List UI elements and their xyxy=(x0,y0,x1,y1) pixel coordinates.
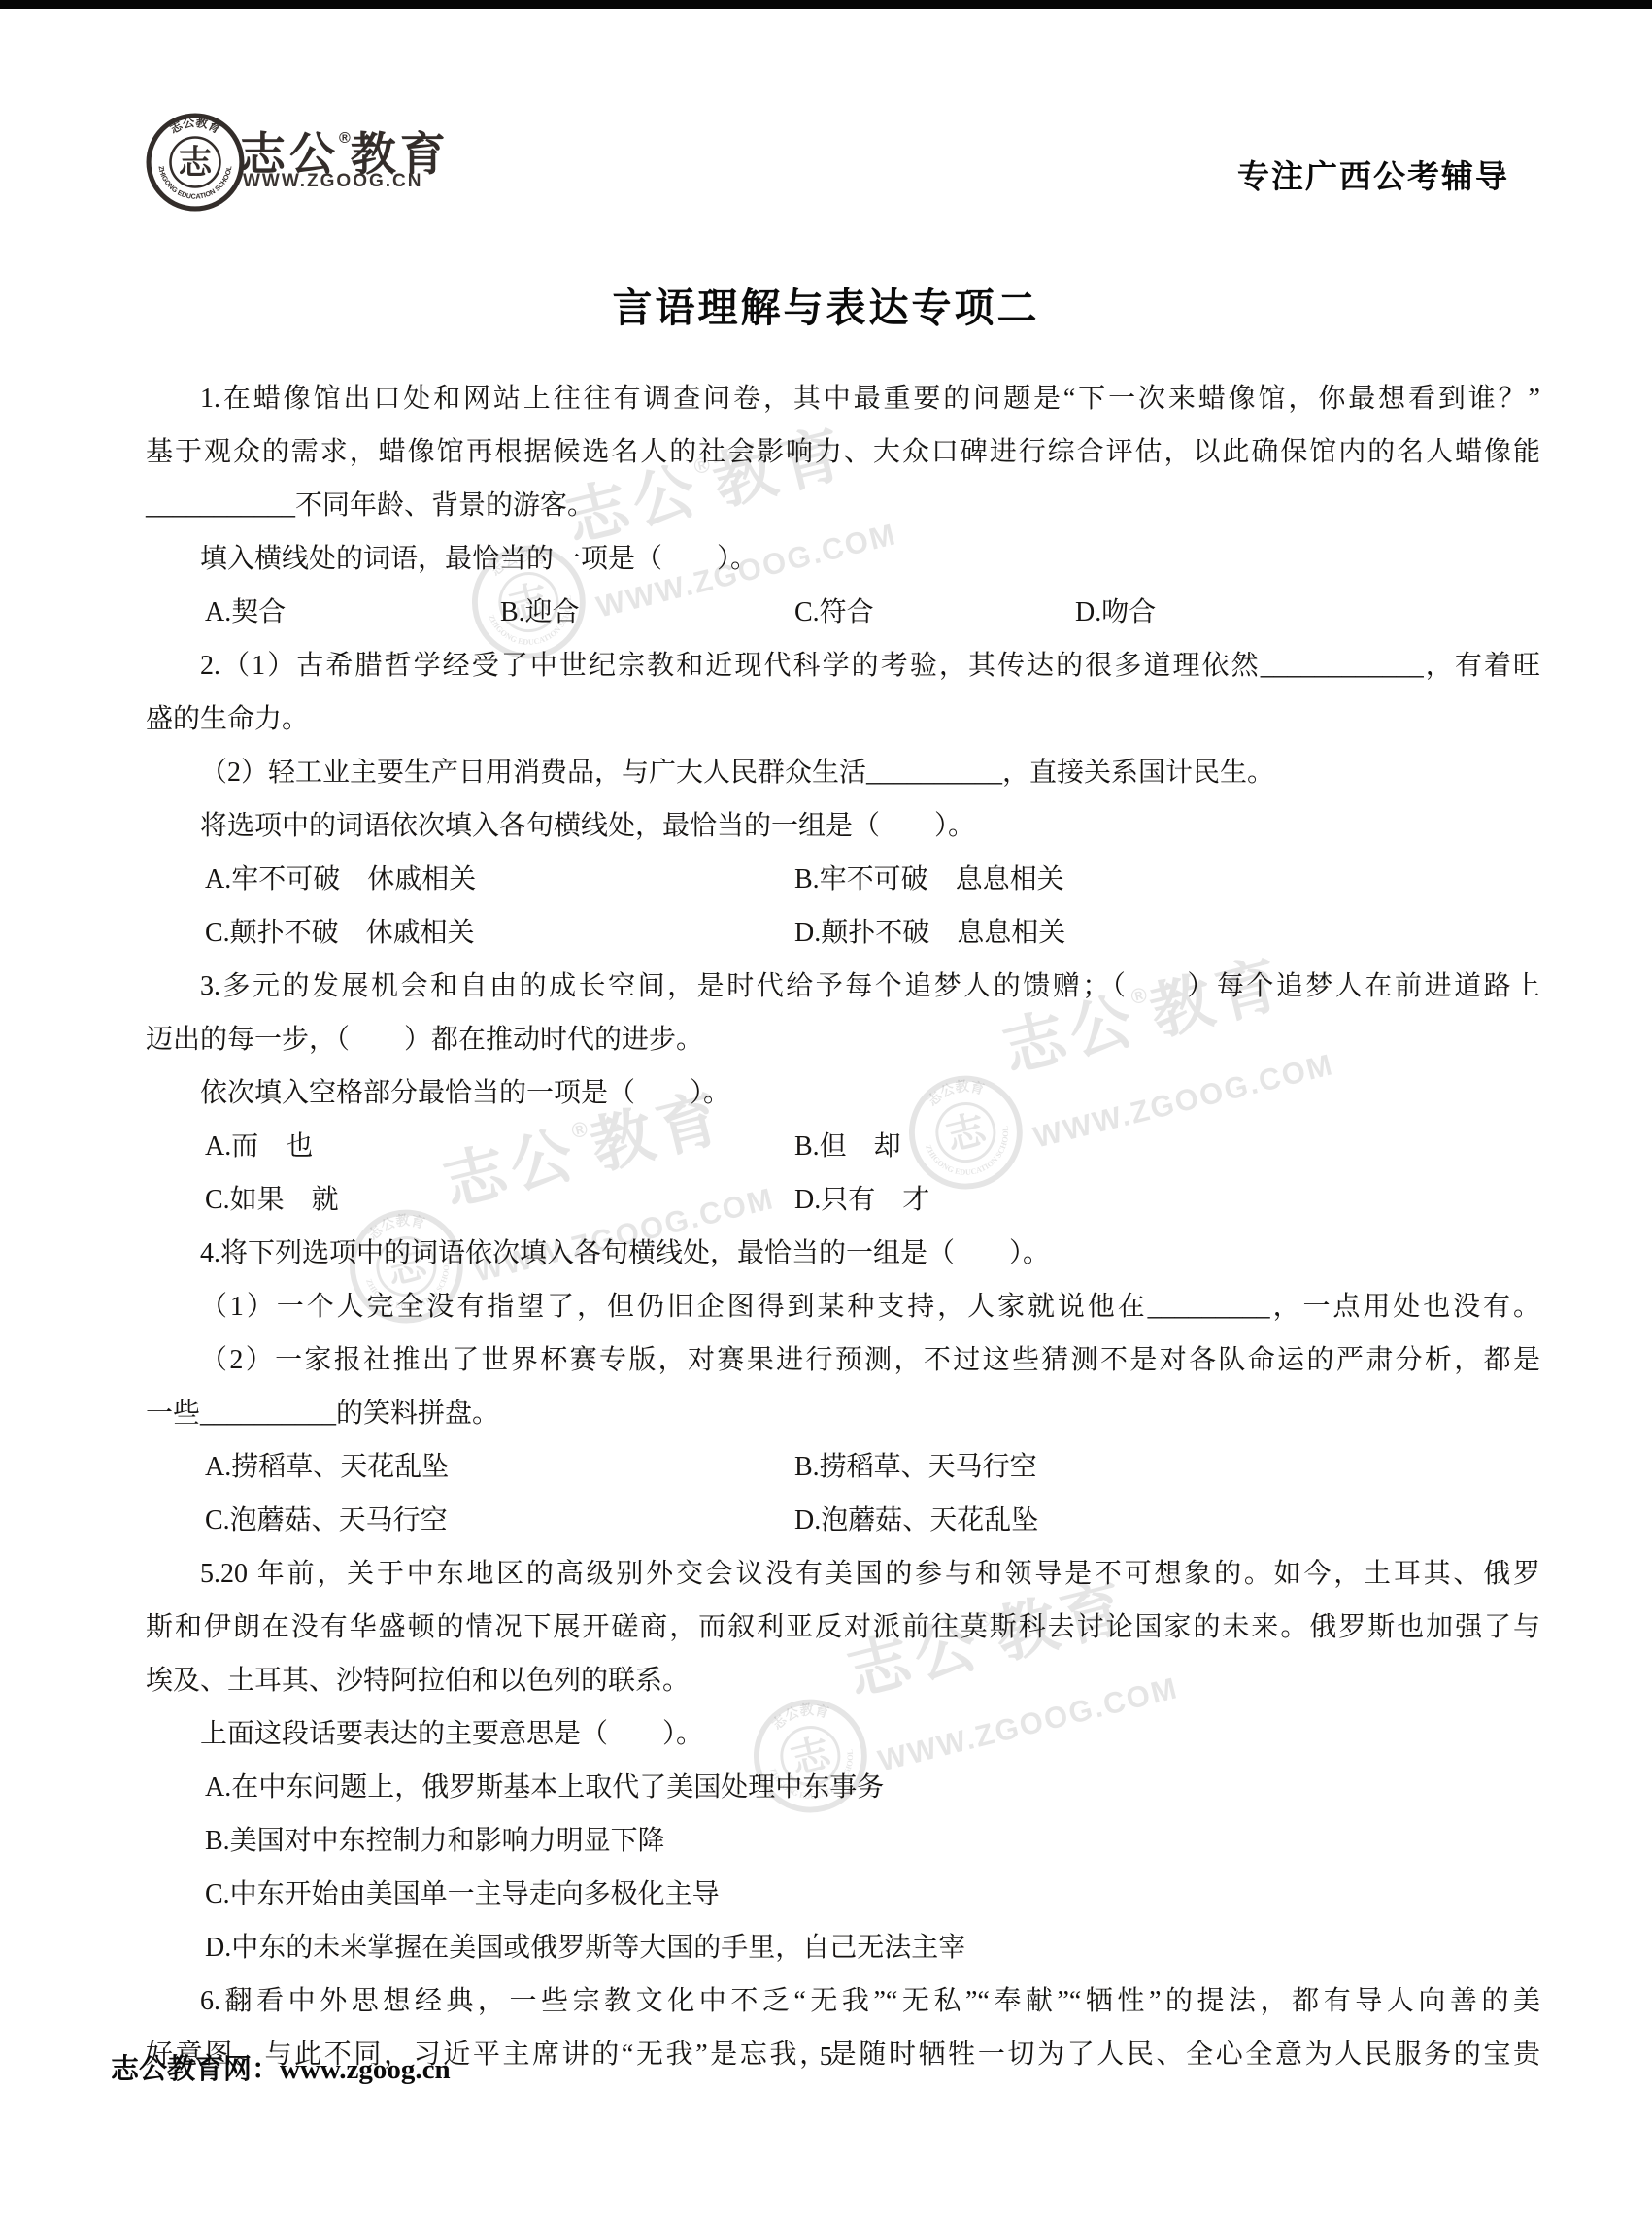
question-1-options-row: A.契合 B.迎合 C.符合 D.吻合 xyxy=(146,586,1540,639)
question-5-option: C.中东开始由美国单一主导走向多极化主导 xyxy=(146,1868,1540,1921)
question-4-options-row: A.捞稻草、天花乱坠 B.捞稻草、天马行空 xyxy=(146,1440,1540,1494)
question-3-options-row: C.如果 就 D.只有 才 xyxy=(146,1173,1540,1227)
question-1-prompt: 填入横线处的词语，最恰当的一项是（ ）。 xyxy=(146,532,1540,586)
question-4-prompt: 4.将下列选项中的词语依次填入各句横线处，最恰当的一组是（ ）。 xyxy=(146,1227,1540,1280)
question-2-options-row: C.颠扑不破 休戚相关 D.颠扑不破 息息相关 xyxy=(146,906,1540,960)
question-4-line: 一些__________的笑料拼盘。 xyxy=(146,1387,1540,1440)
question-2-options-row: A.牢不可破 休戚相关 B.牢不可破 息息相关 xyxy=(146,853,1540,906)
question-1-line: 1.在蜡像馆出口处和网站上往往有调查问卷，其中最重要的问题是“下一次来蜡像馆，你… xyxy=(146,372,1540,425)
option-item: A.契合 xyxy=(205,586,500,639)
option-item: D.只有 才 xyxy=(794,1173,929,1227)
question-3-line: 迈出的每一步，（ ）都在推动时代的进步。 xyxy=(146,1013,1540,1066)
option-item: A.牢不可破 休戚相关 xyxy=(205,853,794,906)
option-item: C.符合 xyxy=(794,586,1075,639)
document-page: 志公教育 ZHIGONG EDUCATION SCHOOL 志 志公®教育 WW… xyxy=(0,0,1652,2225)
page-number: 5 xyxy=(0,2041,1652,2072)
option-item: C.如果 就 xyxy=(205,1173,794,1227)
brand-seal-icon: 志公教育 ZHIGONG EDUCATION SCHOOL 志 xyxy=(146,113,245,212)
option-item: B.捞稻草、天马行空 xyxy=(794,1440,1037,1494)
question-1-line: 基于观众的需求，蜡像馆再根据候选名人的社会影响力、大众口碑进行综合评估，以此确保… xyxy=(146,425,1540,479)
option-item: D.颠扑不破 息息相关 xyxy=(794,906,1065,960)
option-item: B.牢不可破 息息相关 xyxy=(794,853,1064,906)
question-1-line: ___________不同年龄、背景的游客。 xyxy=(146,479,1540,532)
question-3-line: 3.多元的发展机会和自由的成长空间，是时代给予每个追梦人的馈赠；（ ）每个追梦人… xyxy=(146,960,1540,1013)
question-4-options-row: C.泡蘑菇、天马行空 D.泡蘑菇、天花乱坠 xyxy=(146,1494,1540,1547)
option-item: A.捞稻草、天花乱坠 xyxy=(205,1440,794,1494)
question-6-line: 6.翻看中外思想经典，一些宗教文化中不乏“无我”“无私”“奉献”“牺性”的提法，… xyxy=(146,1974,1540,2028)
seal-center-glyph: 志 xyxy=(179,144,214,182)
question-3-options-row: A.而 也 B.但 却 xyxy=(146,1120,1540,1173)
question-2-prompt: 将选项中的词语依次填入各句横线处，最恰当的一组是（ ）。 xyxy=(146,799,1540,853)
question-5-option: D.中东的未来掌握在美国或俄罗斯等大国的手里，自己无法主宰 xyxy=(146,1921,1540,1974)
option-item: C.泡蘑菇、天马行空 xyxy=(205,1494,794,1547)
question-2-line: 盛的生命力。 xyxy=(146,692,1540,746)
question-2-line: （2）轻工业主要生产日用消费品，与广大人民群众生活__________，直接关系… xyxy=(146,746,1540,799)
document-body: 1.在蜡像馆出口处和网站上往往有调查问卷，其中最重要的问题是“下一次来蜡像馆，你… xyxy=(146,372,1540,2081)
page-header: 志公教育 ZHIGONG EDUCATION SCHOOL 志 志公®教育 WW… xyxy=(0,0,1652,223)
question-2-line: 2.（1）古希腊哲学经受了中世纪宗教和近现代科学的考验，其传达的很多道理依然__… xyxy=(146,639,1540,692)
option-item: D.泡蘑菇、天花乱坠 xyxy=(794,1494,1038,1547)
question-5-line: 埃及、土耳其、沙特阿拉伯和以色列的联系。 xyxy=(146,1654,1540,1707)
option-item: B.但 却 xyxy=(794,1120,901,1173)
question-4-line: （1）一个人完全没有指望了，但仍旧企图得到某种支持，人家就说他在________… xyxy=(146,1280,1540,1333)
question-5-line: 斯和伊朗在没有华盛顿的情况下展开磋商，而叙利亚反对派前往莫斯科去讨论国家的未来。… xyxy=(146,1601,1540,1654)
option-item: B.迎合 xyxy=(500,586,794,639)
option-item: D.吻合 xyxy=(1075,586,1156,639)
header-tagline: 专注广西公考辅导 xyxy=(1237,152,1509,197)
registered-mark-icon: ® xyxy=(339,130,351,147)
question-4-line: （2）一家报社推出了世界杯赛专版，对赛果进行预测，不过这些猜测不是对各队命运的严… xyxy=(146,1333,1540,1387)
question-5-line: 5.20 年前，关于中东地区的高级别外交会议没有美国的参与和领导是不可想象的。如… xyxy=(146,1547,1540,1601)
option-item: A.而 也 xyxy=(205,1120,794,1173)
question-5-option: B.美国对中东控制力和影响力明显下降 xyxy=(146,1814,1540,1868)
brand-url: WWW.ZGOOG.CN xyxy=(243,171,422,192)
question-3-prompt: 依次填入空格部分最恰当的一项是（ ）。 xyxy=(146,1066,1540,1120)
option-item: C.颠扑不破 休戚相关 xyxy=(205,906,794,960)
question-5-option: A.在中东问题上，俄罗斯基本上取代了美国处理中东事务 xyxy=(146,1761,1540,1814)
page-title: 言语理解与表达专项二 xyxy=(0,276,1652,333)
question-5-prompt: 上面这段话要表达的主要意思是（ ）。 xyxy=(146,1707,1540,1761)
